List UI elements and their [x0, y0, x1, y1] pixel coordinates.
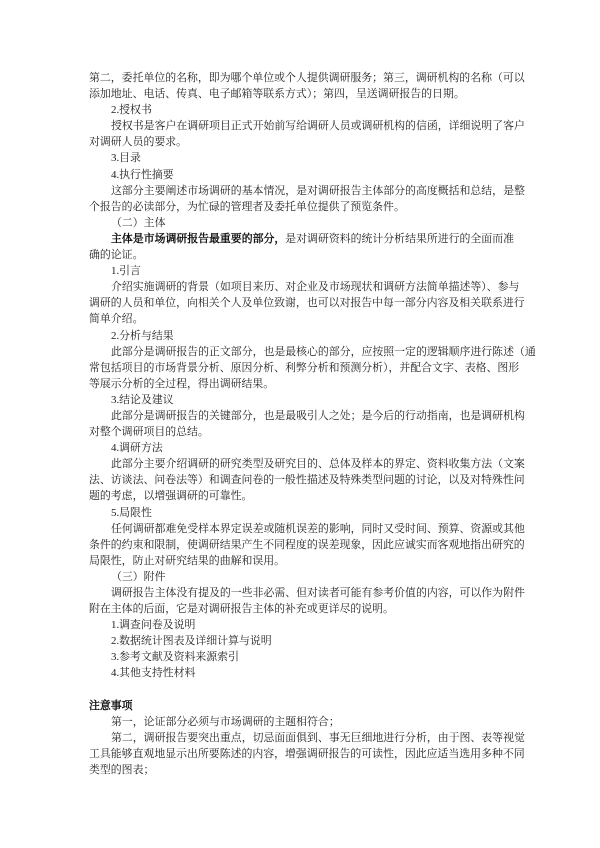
text-line: 授权书是客户在调研项目正式开始前写给调研人员或调研机构的信函，详细说明了客户	[89, 118, 525, 134]
text-line: 类型的图表；	[89, 762, 525, 778]
body-text-segment: 介绍实施调研的背景（如项目来历、对企业及市场现状和调研方法简单描述等）、参与	[111, 281, 519, 293]
body-text-segment: 3.参考文献及资料来源索引	[111, 651, 239, 663]
text-line: 1.调查问卷及说明	[89, 617, 525, 633]
body-text-segment: 常包括项目的市场背景分析、原因分析、利弊分析和预测分析），并配合文字、表格、图形	[89, 362, 519, 374]
body-text-segment: 此部分是调研报告的关键部分，也是最吸引人之处；是今后的行动指南，也是调研机构	[111, 410, 525, 422]
body-text-segment: 确的论证。	[89, 249, 143, 261]
body-text-segment: 第二，调研报告要突出重点，切忌面面俱到、事无巨细地进行分析，由于图、表等视觉	[111, 732, 525, 744]
text-line: 简单介绍。	[89, 311, 525, 327]
document-page: 第二，委托单位的名称，即为哪个单位或个人提供调研服务；第三，调研机构的名称（可以…	[0, 0, 600, 848]
text-line: 调研的人员和单位，向相关个人及单位致谢，也可以对报告中每一部分内容及相关联系进行	[89, 295, 525, 311]
body-text-segment: 1.引言	[111, 265, 141, 277]
bold-text-segment: 注意事项	[89, 700, 133, 712]
text-line: 第一，论证部分必须与市场调研的主题相符合；	[89, 714, 525, 730]
text-line: 4.执行性摘要	[89, 167, 525, 183]
text-line: 3.结论及建议	[89, 392, 525, 408]
text-line: 4.调研方法	[89, 440, 525, 456]
body-text-segment: 2.分析与结果	[111, 330, 174, 342]
document-lines: 第二，委托单位的名称，即为哪个单位或个人提供调研服务；第三，调研机构的名称（可以…	[89, 70, 525, 778]
body-text-segment: 这部分主要阐述市场调研的基本情况，是对调研报告主体部分的高度概括和总结，是整	[111, 185, 525, 197]
text-line: 主体是市场调研报告最重要的部分，是对调研资料的统计分析结果所进行的全面而准	[89, 231, 525, 247]
body-text-segment: 1.调查问卷及说明	[111, 619, 195, 631]
text-line: 等展示分析的全过程，得出调研结果。	[89, 376, 525, 392]
body-text-segment: 简单介绍。	[89, 313, 143, 325]
text-line: 此部分是调研报告的正文部分，也是最核心的部分，应按照一定的逻辑顺序进行陈述（通	[89, 344, 525, 360]
text-line: 第二，调研报告要突出重点，切忌面面俱到、事无巨细地进行分析，由于图、表等视觉	[89, 730, 525, 746]
text-line: 3.目录	[89, 150, 525, 166]
body-text-segment: 调研的人员和单位，向相关个人及单位致谢，也可以对报告中每一部分内容及相关联系进行	[89, 297, 525, 309]
text-line: 5.局限性	[89, 505, 525, 521]
body-text-segment: 个报告的必读部分，为忙碌的管理者及委托单位提供了预览条件。	[89, 201, 405, 213]
body-text-segment: 法、访谈法、问卷法等）和调查问卷的一般性描述及特殊类型问题的讨论，以及对特殊性问	[89, 474, 525, 486]
text-line: 第二，委托单位的名称，即为哪个单位或个人提供调研服务；第三，调研机构的名称（可以	[89, 70, 525, 86]
text-line: 这部分主要阐述市场调研的基本情况，是对调研报告主体部分的高度概括和总结，是整	[89, 183, 525, 199]
body-text-segment: 局限性，防止对研究结果的曲解和误用。	[89, 555, 285, 567]
body-text-segment: 此部分主要介绍调研的研究类型及研究目的、总体及样本的界定、资料收集方法（文案	[111, 458, 525, 470]
text-line: 介绍实施调研的背景（如项目来历、对企业及市场现状和调研方法简单描述等）、参与	[89, 279, 525, 295]
text-line: （二）主体	[89, 215, 525, 231]
body-text-segment: 对整个调研项目的总结。	[89, 426, 209, 438]
text-line: 此部分是调研报告的关键部分，也是最吸引人之处；是今后的行动指南，也是调研机构	[89, 408, 525, 424]
body-text-segment: 题的考虑，以增强调研的可靠性。	[89, 490, 252, 502]
body-text-segment: 授权书是客户在调研项目正式开始前写给调研人员或调研机构的信函，详细说明了客户	[111, 120, 525, 132]
body-text-segment: 3.结论及建议	[111, 394, 174, 406]
text-line: 2.数据统计图表及详细计算与说明	[89, 633, 525, 649]
text-line: 确的论证。	[89, 247, 525, 263]
body-text-segment: 类型的图表；	[89, 764, 154, 776]
text-line	[89, 682, 525, 698]
body-text-segment: 添加地址、电话、传真、电子邮箱等联系方式）；第四，呈送调研报告的日期。	[89, 88, 465, 100]
body-text-segment: （二）主体	[111, 217, 165, 229]
body-text-segment: 2.数据统计图表及详细计算与说明	[111, 635, 272, 647]
body-text-segment: 3.目录	[111, 152, 141, 164]
body-text-segment: 第二，委托单位的名称，即为哪个单位或个人提供调研服务；第三，调研机构的名称（可以	[89, 72, 525, 84]
body-text-segment: 等展示分析的全过程，得出调研结果。	[89, 378, 274, 390]
body-text-segment: 2.授权书	[111, 104, 152, 116]
text-line: 常包括项目的市场背景分析、原因分析、利弊分析和预测分析），并配合文字、表格、图形	[89, 360, 525, 376]
text-line: 2.授权书	[89, 102, 525, 118]
text-line: 4.其他支持性材料	[89, 665, 525, 681]
body-text-segment: 附在主体的后面，它是对调研报告主体的补充或更详尽的说明。	[89, 603, 394, 615]
text-line: 2.分析与结果	[89, 328, 525, 344]
body-text-segment: （三）附件	[111, 571, 165, 583]
text-line: （三）附件	[89, 569, 525, 585]
text-line: 此部分主要介绍调研的研究类型及研究目的、总体及样本的界定、资料收集方法（文案	[89, 456, 525, 472]
text-line: 3.参考文献及资料来源索引	[89, 649, 525, 665]
body-text-segment: 5.局限性	[111, 507, 152, 519]
text-line: 法、访谈法、问卷法等）和调查问卷的一般性描述及特殊类型问题的讨论，以及对特殊性问	[89, 472, 525, 488]
body-text-segment: 是对调研资料的统计分析结果所进行的全面而准	[285, 233, 514, 245]
body-text-segment: 4.执行性摘要	[111, 169, 174, 181]
text-line: 工具能够直观地显示出所要陈述的内容，增强调研报告的可读性，因此应适当选用多种不同	[89, 746, 525, 762]
text-line: 对整个调研项目的总结。	[89, 424, 525, 440]
text-line: 条件的约束和限制，使调研结果产生不同程度的误差现象，因此应诚实而客观地指出研究的	[89, 537, 525, 553]
text-line: 对调研人员的要求。	[89, 134, 525, 150]
body-text-segment: 条件的约束和限制，使调研结果产生不同程度的误差现象，因此应诚实而客观地指出研究的	[89, 539, 525, 551]
body-text-segment: 4.其他支持性材料	[111, 667, 195, 679]
body-text-segment: 此部分是调研报告的正文部分，也是最核心的部分，应按照一定的逻辑顺序进行陈述（通	[111, 346, 536, 358]
body-text-segment: 4.调研方法	[111, 442, 163, 454]
text-line: 1.引言	[89, 263, 525, 279]
text-line: 局限性，防止对研究结果的曲解和误用。	[89, 553, 525, 569]
body-text-segment: 第一，论证部分必须与市场调研的主题相符合；	[111, 716, 340, 728]
body-text-segment: 工具能够直观地显示出所要陈述的内容，增强调研报告的可读性，因此应适当选用多种不同	[89, 748, 525, 760]
text-line: 调研报告主体没有提及的一些非必需、但对读者可能有参考价值的内容，可以作为附件	[89, 585, 525, 601]
body-text-segment: 调研报告主体没有提及的一些非必需、但对读者可能有参考价值的内容，可以作为附件	[111, 587, 525, 599]
text-line: 个报告的必读部分，为忙碌的管理者及委托单位提供了预览条件。	[89, 199, 525, 215]
text-line: 注意事项	[89, 698, 525, 714]
body-text-segment: 对调研人员的要求。	[89, 136, 187, 148]
text-line: 附在主体的后面，它是对调研报告主体的补充或更详尽的说明。	[89, 601, 525, 617]
bold-text-segment: 主体是市场调研报告最重要的部分，	[111, 233, 285, 245]
text-line: 题的考虑，以增强调研的可靠性。	[89, 488, 525, 504]
text-line: 任何调研都难免受样本界定误差或随机误差的影响，同时又受时间、预算、资源或其他	[89, 521, 525, 537]
body-text-segment: 任何调研都难免受样本界定误差或随机误差的影响，同时又受时间、预算、资源或其他	[111, 523, 525, 535]
text-line: 添加地址、电话、传真、电子邮箱等联系方式）；第四，呈送调研报告的日期。	[89, 86, 525, 102]
